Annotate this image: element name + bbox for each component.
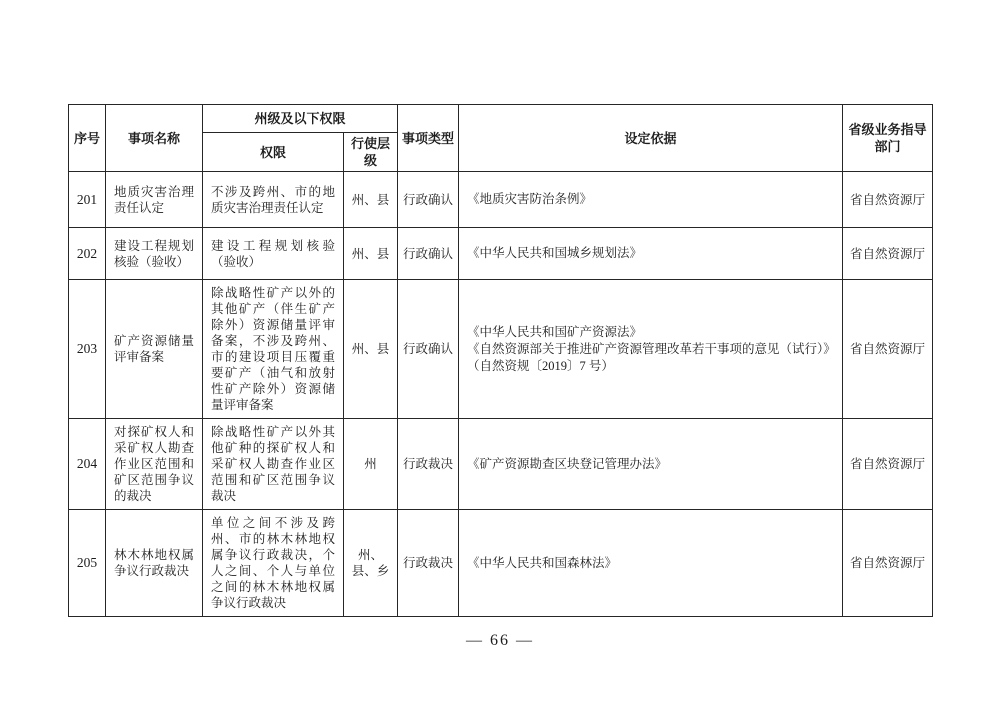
row-serial-no: 204 xyxy=(69,419,106,510)
row-serial-no: 201 xyxy=(69,172,106,228)
col-header-item-type: 事项类型 xyxy=(398,105,459,172)
authority-scope: 不涉及跨州、市的地质灾害治理责任认定 xyxy=(203,172,344,228)
table-row: 202 建设工程规划核验（验收） 建设工程规划核验（验收） 州、县 行政确认 《… xyxy=(69,228,933,280)
exercise-level: 州、县 xyxy=(344,172,398,228)
item-name: 建设工程规划核验（验收） xyxy=(106,228,203,280)
setting-basis: 《矿产资源勘查区块登记管理办法》 xyxy=(459,419,843,510)
table-row: 201 地质灾害治理责任认定 不涉及跨州、市的地质灾害治理责任认定 州、县 行政… xyxy=(69,172,933,228)
table-header: 序号 事项名称 州级及以下权限 事项类型 设定依据 省级业务指导部门 权限 行使… xyxy=(69,105,933,172)
item-name: 对探矿权人和采矿权人勘查作业区范围和矿区范围争议的裁决 xyxy=(106,419,203,510)
guidance-dept: 省自然资源厅 xyxy=(843,510,933,617)
exercise-level: 州、县、乡 xyxy=(344,510,398,617)
col-header-prefecture-authority-group: 州级及以下权限 xyxy=(203,105,398,133)
col-header-authority: 权限 xyxy=(203,133,344,172)
authority-scope: 除战略性矿产以外其他矿种的探矿权人和采矿权人勘查作业区范围和矿区范围争议裁决 xyxy=(203,419,344,510)
row-serial-no: 205 xyxy=(69,510,106,617)
table-body: 201 地质灾害治理责任认定 不涉及跨州、市的地质灾害治理责任认定 州、县 行政… xyxy=(69,172,933,617)
row-serial-no: 202 xyxy=(69,228,106,280)
item-name: 地质灾害治理责任认定 xyxy=(106,172,203,228)
setting-basis: 《地质灾害防治条例》 xyxy=(459,172,843,228)
table-row: 204 对探矿权人和采矿权人勘查作业区范围和矿区范围争议的裁决 除战略性矿产以外… xyxy=(69,419,933,510)
item-type: 行政确认 xyxy=(398,228,459,280)
item-name: 矿产资源储量评审备案 xyxy=(106,280,203,419)
table-row: 203 矿产资源储量评审备案 除战略性矿产以外的其他矿产（伴生矿产除外）资源储量… xyxy=(69,280,933,419)
col-header-guidance-dept: 省级业务指导部门 xyxy=(843,105,933,172)
guidance-dept: 省自然资源厅 xyxy=(843,228,933,280)
col-header-item-name: 事项名称 xyxy=(106,105,203,172)
guidance-dept: 省自然资源厅 xyxy=(843,419,933,510)
col-header-setting-basis: 设定依据 xyxy=(459,105,843,172)
setting-basis: 《中华人民共和国森林法》 xyxy=(459,510,843,617)
guidance-dept: 省自然资源厅 xyxy=(843,280,933,419)
item-type: 行政裁决 xyxy=(398,419,459,510)
guidance-dept: 省自然资源厅 xyxy=(843,172,933,228)
exercise-level: 州 xyxy=(344,419,398,510)
setting-basis: 《中华人民共和国城乡规划法》 xyxy=(459,228,843,280)
page-number: — 66 — xyxy=(0,632,1000,650)
col-header-exercise-level: 行使层级 xyxy=(344,133,398,172)
setting-basis: 《中华人民共和国矿产资源法》《自然资源部关于推进矿产资源管理改革若干事项的意见（… xyxy=(459,280,843,419)
item-name: 林木林地权属争议行政裁决 xyxy=(106,510,203,617)
item-type: 行政确认 xyxy=(398,172,459,228)
table-row: 205 林木林地权属争议行政裁决 单位之间不涉及跨州、市的林木林地权属争议行政裁… xyxy=(69,510,933,617)
exercise-level: 州、县 xyxy=(344,228,398,280)
authority-scope: 单位之间不涉及跨州、市的林木林地权属争议行政裁决，个人之间、个人与单位之间的林木… xyxy=(203,510,344,617)
col-header-serial-no: 序号 xyxy=(69,105,106,172)
authority-scope: 建设工程规划核验（验收） xyxy=(203,228,344,280)
exercise-level: 州、县 xyxy=(344,280,398,419)
row-serial-no: 203 xyxy=(69,280,106,419)
authority-matters-table: 序号 事项名称 州级及以下权限 事项类型 设定依据 省级业务指导部门 权限 行使… xyxy=(68,104,933,617)
authority-scope: 除战略性矿产以外的其他矿产（伴生矿产除外）资源储量评审备案，不涉及跨州、市的建设… xyxy=(203,280,344,419)
item-type: 行政确认 xyxy=(398,280,459,419)
document-page: 序号 事项名称 州级及以下权限 事项类型 设定依据 省级业务指导部门 权限 行使… xyxy=(68,104,933,617)
item-type: 行政裁决 xyxy=(398,510,459,617)
